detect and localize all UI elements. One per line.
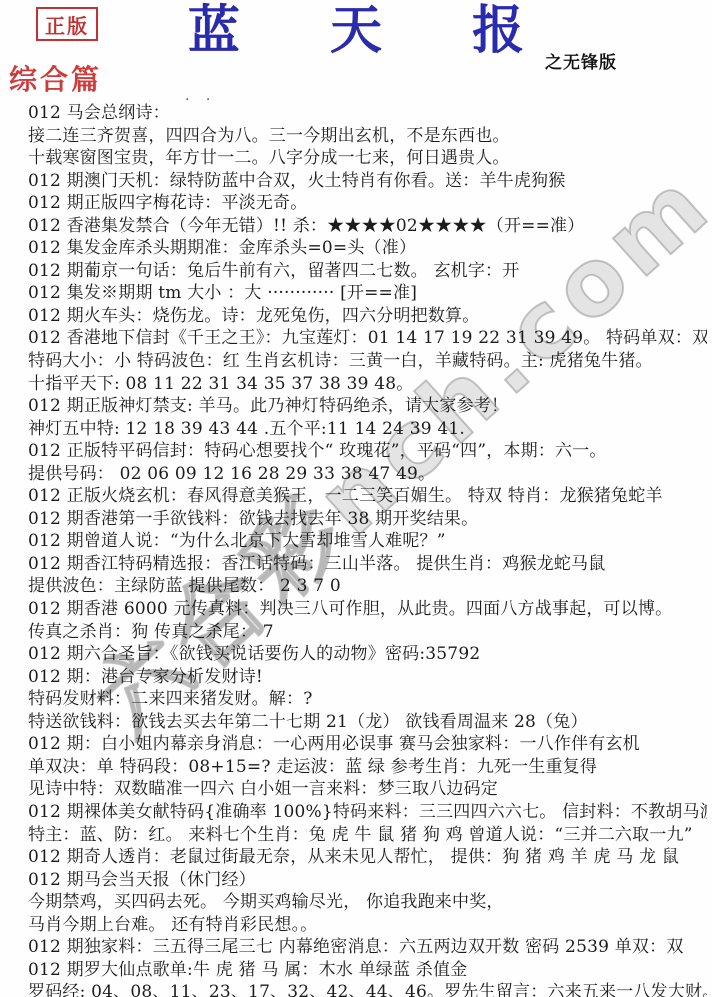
text-line: 特送欲钱料：欲钱去买去年第二十七期 21（龙） 欲钱看周温来 28（兔） <box>28 711 707 734</box>
text-line: 012 期：白小姐内幕亲身消息：一心两用必误事 赛马会独家料：一八作伴有玄机 <box>28 733 707 756</box>
text-line: 012 期马会当天报（休门经） <box>28 869 707 892</box>
text-line: 012 香港地下信封《千王之王》：九宝莲灯：01 14 17 19 22 31 … <box>28 327 707 350</box>
text-line: 012 期香江特码精选报：香江话特码：三山半落。 提供生肖：鸡猴龙蛇马鼠 <box>28 553 707 576</box>
section-title: 综合篇 <box>9 58 102 98</box>
text-line: 012 香港集发禁合（今年无错）!! 杀：★★★★02★★★★（开==准） <box>28 215 707 238</box>
text-line: 012 期罗大仙点歌单:牛 虎 猪 马 属：木水 单绿蓝 杀值金 <box>28 959 707 982</box>
text-line: 特码大小：小 特码波色：红 生肖玄机诗：三黄一白，羊藏特码。主: 虎猪兔牛猪。 <box>28 350 707 373</box>
text-line: 今期禁鸡，买四码去死。 今期买鸡输尽光， 你追我跑来中奖， <box>28 891 707 914</box>
text-line: 012 期六合圣旨：《欲钱买说话要伤人的动物》密码:35792 <box>28 643 707 666</box>
text-line: 接二连三齐贺喜，四四合为八。三一今期出玄机，不是东西也。 <box>28 125 707 148</box>
text-line: 012 期香港 6000 元传真料：判决三八可作胆，从此贵。四面八方战事起，可以… <box>28 598 707 621</box>
page-subtitle: 之无锋版 <box>545 48 617 73</box>
text-line: 012 期正版神灯禁支: 羊马。此乃神灯特码绝杀，请大家参考！ <box>28 395 707 418</box>
text-line: 见诗中特：双数瞄准一四六 白小姐一言来料：梦三取八边码定 <box>28 778 707 801</box>
text-line: 012 集发※期期 tm 大小 ：大 ············ [开==准] <box>28 282 707 305</box>
text-line: 012 期火车头：烧伤龙。诗：龙死兔伤，四六分明把数算。 <box>28 305 707 328</box>
text-line: 012 期奇人透肖：老鼠过街最无奈，从来未见人帮忙， 提供：狗 猪 鸡 羊 虎 … <box>28 846 707 869</box>
text-line: 012 期：港台专家分析发财诗! <box>28 666 707 689</box>
text-line: 十载寒窗图宝贵，年方廿一二。八字分成一七来，何日遇贵人。 <box>28 147 707 170</box>
text-line: 012 期葡京一句话：兔后牛前有六，留著四二七数。 玄机字：开 <box>28 260 707 283</box>
text-line: 提供号码： 02 06 09 12 16 28 29 33 38 47 49。 <box>28 463 707 486</box>
text-line: 传真之杀肖：狗 传真之杀尾： 7 <box>28 621 707 644</box>
text-line: 十指平天下: 08 11 22 31 34 35 37 38 39 48。 <box>28 373 707 396</box>
text-line: 罗码经: 04、08、11、23、17、32、42、44、46。罗先生留言：六来… <box>28 981 707 997</box>
text-line: 012 期香港第一手欲钱料：欲钱去找去年 38 期开奖结果。 <box>28 508 707 531</box>
text-line: 012 正版火烧玄机：春风得意美猴王，一二三笑百媚生。 特双 特肖：龙猴猪兔蛇羊 <box>28 485 707 508</box>
text-line: 012 期正版四字梅花诗：平淡无奇。 <box>28 192 707 215</box>
text-line: 012 期裸体美女献特码{准确率 100%}特码来料：三三四四六六七。 信封料：… <box>28 801 707 824</box>
tips-text-block: 012 马会总纲诗：接二连三齐贺喜，四四合为八。三一今期出玄机，不是东西也。十载… <box>28 102 707 997</box>
text-line: 012 期独家料：三五得三尾三七 内幕绝密消息：六五两边双开数 密码 2539 … <box>28 936 707 959</box>
text-line: 012 马会总纲诗： <box>28 102 707 125</box>
text-line: 特主：蓝、防：红。 来料七个生肖：兔 虎 牛 鼠 猪 狗 鸡 曾道人说：“三并二… <box>28 824 707 847</box>
text-line: 012 期澳门天机：绿特防蓝中合双，火土特肖有你看。送：羊牛虎狗猴 <box>28 170 707 193</box>
text-line: 神灯五中特: 12 18 39 43 44 .五个平:11 14 24 39 4… <box>28 418 707 441</box>
text-line: 马肖今期上台难。 还有特肖彩民想。。 <box>28 914 707 937</box>
text-line: 提供波色：主绿防蓝 提供尾数： 2 3 7 0 <box>28 575 707 598</box>
text-line: 特码发财料：二来四来猪发财。解：? <box>28 688 707 711</box>
text-line: 012 集发金库杀头期期准：金库杀头=0=头（准） <box>28 237 707 260</box>
text-line: 012 期曾道人说：“为什么北京下大雪却堆雪人难呢？” <box>28 530 707 553</box>
text-line: 单双决：单 特码段：08+15=? 走运波：蓝 绿 参考生肖：九死一生重复得 <box>28 756 707 779</box>
text-line: 012 正版特平码信封：特码心想要找个“ 玫瑰花”，平码“四”，本期：六一。 <box>28 440 707 463</box>
scanned-lottery-sheet: { "header": { "edition_badge": "正版", "ti… <box>0 0 712 997</box>
